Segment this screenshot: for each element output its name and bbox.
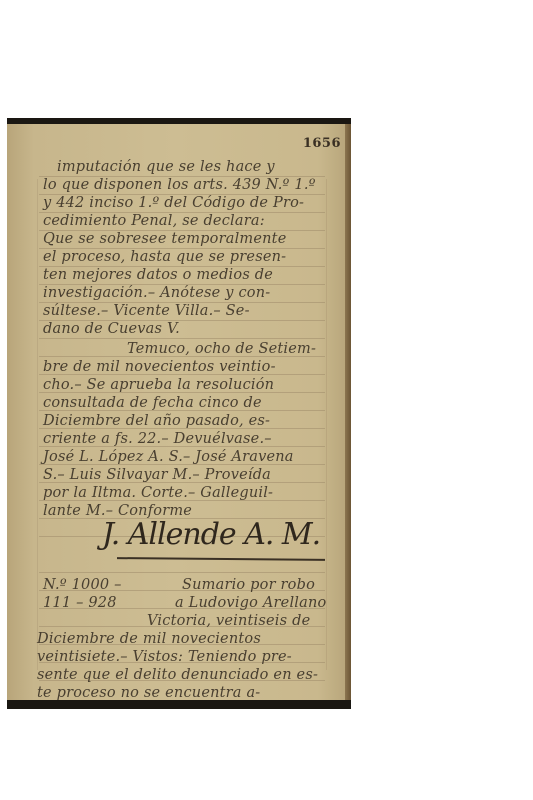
- ledger-page-photo: 1656 imputación que se les hace y lo que…: [7, 118, 351, 709]
- text-line: lo que disponen los arts. 439 N.º 1.º: [43, 176, 327, 194]
- text-line: veintisiete.– Vistos: Teniendo pre-: [37, 648, 327, 666]
- text-line: te proceso no se encuentra a-: [37, 684, 327, 702]
- text-line: Que se sobresee temporalmente: [43, 230, 327, 248]
- signature-underline: [117, 557, 325, 561]
- text-line: imputación que se les hace y: [57, 158, 327, 176]
- text-line: Diciembre de mil novecientos: [37, 630, 327, 648]
- left-margin-line: [37, 179, 38, 670]
- text-line: consultada de fecha cinco de: [43, 394, 327, 412]
- text-line: cho.– Se aprueba la resolución: [43, 376, 327, 394]
- ruled-line: [39, 338, 325, 339]
- text-line: y 442 inciso 1.º del Código de Pro-: [43, 194, 327, 212]
- text-line: ten mejores datos o medios de: [43, 266, 327, 284]
- text-line: Diciembre del año pasado, es-: [43, 412, 327, 430]
- text-line: súltese.– Vicente Villa.– Se-: [43, 302, 327, 320]
- text-line: sente que el delito denunciado en es-: [37, 666, 327, 684]
- entry-title-2: a Ludovigo Arellano: [175, 594, 327, 612]
- text-line: investigación.– Anótese y con-: [43, 284, 327, 302]
- text-line: criente a fs. 22.– Devuélvase.–: [43, 430, 327, 448]
- ruled-line: [39, 572, 325, 573]
- text-line: cedimiento Penal, se declara:: [43, 212, 327, 230]
- text-line: Victoria, veintiseis de: [147, 612, 327, 630]
- text-line: S.– Luis Silvayar M.– Proveída: [43, 466, 327, 484]
- ledger-page: 1656 imputación que se les hace y lo que…: [7, 124, 345, 700]
- entry-title: Sumario por robo: [182, 576, 327, 594]
- text-line: José L. López A. S.– José Aravena: [43, 448, 327, 466]
- page-edge: [345, 124, 351, 700]
- page-number: 1656: [303, 136, 341, 151]
- text-line: bre de mil novecientos veintio-: [43, 358, 327, 376]
- text-line: dano de Cuevas V.: [43, 320, 327, 338]
- text-line: por la Iltma. Corte.– Galleguil-: [43, 484, 327, 502]
- text-line: el proceso, hasta que se presen-: [43, 248, 327, 266]
- text-line: Temuco, ocho de Setiem-: [127, 340, 327, 358]
- signature: J. Allende A. M.: [102, 517, 320, 552]
